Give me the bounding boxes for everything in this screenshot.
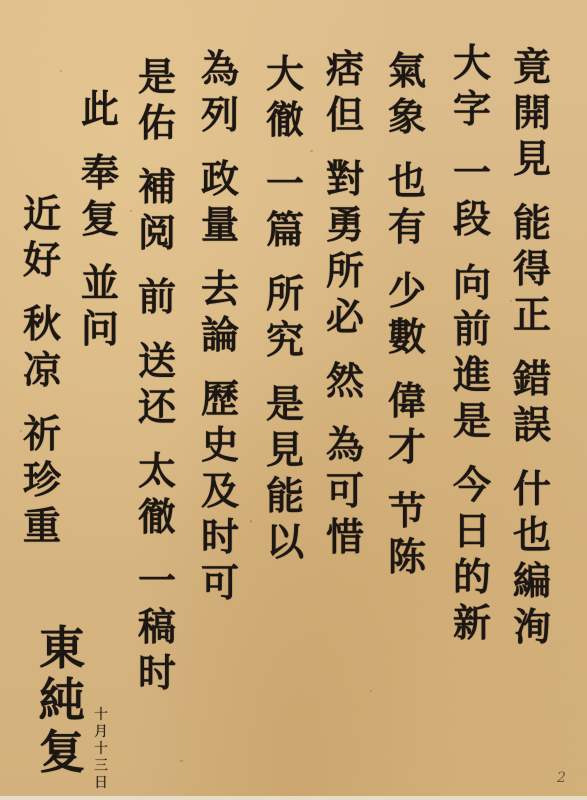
calligraphy-character: 月 — [94, 725, 108, 742]
calligraphy-character: 洵 — [513, 608, 551, 654]
calligraphy-character: 列 — [201, 96, 239, 142]
calligraphy-character: 竟 — [513, 48, 551, 94]
calligraphy-character: 見 — [513, 140, 551, 186]
calligraphy-character: 得 — [513, 250, 551, 296]
calligraphy-character: 所 — [326, 252, 364, 298]
calligraphy-character: 篇 — [266, 211, 304, 257]
text-column-5: 大徹一篇所究是見能以 — [263, 55, 307, 569]
calligraphy-character: 及 — [201, 472, 239, 518]
calligraphy-character: 一 — [266, 165, 304, 211]
calligraphy-character: 論 — [201, 316, 239, 362]
calligraphy-character: 的 — [453, 558, 491, 604]
calligraphy-character: 氣 — [388, 52, 426, 98]
calligraphy-character: 是 — [453, 402, 491, 448]
calligraphy-character: 然 — [326, 362, 364, 408]
calligraphy-character: 編 — [513, 562, 551, 608]
text-column-8: 此奉复並问 — [78, 90, 122, 356]
calligraphy-character: 十 — [94, 742, 108, 759]
text-column-2: 大字一段向前進是今日的新 — [450, 44, 494, 650]
calligraphy-character: 前 — [453, 310, 491, 356]
calligraphy-character: 對 — [326, 160, 364, 206]
calligraphy-character: 痞 — [326, 50, 364, 96]
calligraphy-character: 所 — [266, 275, 304, 321]
calligraphy-character: 珍 — [23, 461, 61, 507]
calligraphy-character: 今 — [453, 466, 491, 512]
paper-speckle — [60, 70, 62, 72]
calligraphy-character: 徹 — [266, 101, 304, 147]
paper-speckle — [370, 690, 372, 692]
calligraphy-character: 近 — [23, 195, 61, 241]
calligraphy-character: 阅 — [138, 214, 176, 260]
calligraphy-character: 可 — [326, 472, 364, 518]
text-column-4: 痞但對勇所必然為可惜 — [323, 50, 367, 564]
calligraphy-character: 复 — [39, 729, 85, 781]
calligraphy-character: 问 — [81, 310, 119, 356]
calligraphy-character: 究 — [266, 321, 304, 367]
calligraphy-character: 政 — [201, 160, 239, 206]
calligraphy-character: 好 — [23, 241, 61, 287]
calligraphy-character: 此 — [81, 90, 119, 136]
calligraphy-character: 純 — [39, 677, 85, 729]
calligraphy-character: 必 — [326, 298, 364, 344]
paper-speckle — [250, 520, 252, 523]
calligraphy-character: 稿 — [138, 608, 176, 654]
calligraphy-character: 徹 — [138, 498, 176, 544]
paper-speckle — [130, 210, 132, 212]
calligraphy-character: 还 — [138, 388, 176, 434]
calligraphy-character: 向 — [453, 264, 491, 310]
letter-page: 竟開見能得正錯誤什也編洵 大字一段向前進是今日的新 氣象也有少數偉才节陈 痞但對… — [0, 0, 587, 800]
calligraphy-character: 史 — [201, 426, 239, 472]
calligraphy-character: 字 — [453, 90, 491, 136]
calligraphy-character: 什 — [513, 470, 551, 516]
calligraphy-character: 歷 — [201, 380, 239, 426]
calligraphy-character: 一 — [453, 154, 491, 200]
calligraphy-character: 為 — [201, 50, 239, 96]
calligraphy-character: 秋 — [23, 305, 61, 351]
text-column-9: 近好秋凉祈珍重 — [20, 195, 64, 553]
calligraphy-character: 重 — [23, 507, 61, 553]
date-annotation: 十月十三日 — [92, 708, 110, 793]
signature: 東純复 — [36, 625, 88, 781]
calligraphy-character: 时 — [201, 518, 239, 564]
calligraphy-character: 大 — [266, 55, 304, 101]
calligraphy-character: 日 — [94, 776, 108, 793]
text-column-7: 是佑補阅前送还太徹一稿时 — [135, 58, 179, 700]
paper-speckle — [180, 760, 183, 762]
calligraphy-character: 三 — [94, 759, 108, 776]
calligraphy-character: 佑 — [138, 104, 176, 150]
text-column-6: 為列政量去論歷史及时可 — [198, 50, 242, 610]
calligraphy-character: 太 — [138, 452, 176, 498]
calligraphy-character: 勇 — [326, 206, 364, 252]
calligraphy-character: 有 — [388, 208, 426, 254]
calligraphy-character: 时 — [138, 654, 176, 700]
calligraphy-character: 前 — [138, 278, 176, 324]
page-number: 2 — [557, 770, 566, 786]
calligraphy-character: 數 — [388, 318, 426, 364]
calligraphy-character: 東 — [39, 625, 85, 677]
calligraphy-character: 錯 — [513, 360, 551, 406]
calligraphy-character: 偉 — [388, 382, 426, 428]
calligraphy-character: 可 — [201, 564, 239, 610]
calligraphy-character: 進 — [453, 356, 491, 402]
calligraphy-character: 但 — [326, 96, 364, 142]
calligraphy-character: 也 — [388, 162, 426, 208]
calligraphy-character: 是 — [138, 58, 176, 104]
calligraphy-character: 一 — [138, 562, 176, 608]
calligraphy-character: 日 — [453, 512, 491, 558]
calligraphy-character: 送 — [138, 342, 176, 388]
paper-bottom-edge — [0, 796, 587, 800]
calligraphy-character: 開 — [513, 94, 551, 140]
calligraphy-character: 新 — [453, 604, 491, 650]
calligraphy-character: 复 — [81, 200, 119, 246]
calligraphy-character: 見 — [266, 431, 304, 477]
calligraphy-character: 十 — [94, 708, 108, 725]
calligraphy-character: 正 — [513, 296, 551, 342]
calligraphy-character: 大 — [453, 44, 491, 90]
calligraphy-character: 補 — [138, 168, 176, 214]
calligraphy-character: 能 — [266, 477, 304, 523]
text-column-3: 氣象也有少數偉才节陈 — [385, 52, 429, 584]
calligraphy-character: 才 — [388, 428, 426, 474]
calligraphy-character: 並 — [81, 264, 119, 310]
calligraphy-character: 惜 — [326, 518, 364, 564]
calligraphy-character: 能 — [513, 204, 551, 250]
calligraphy-character: 象 — [388, 98, 426, 144]
calligraphy-character: 少 — [388, 272, 426, 318]
calligraphy-character: 祈 — [23, 415, 61, 461]
calligraphy-character: 陈 — [388, 538, 426, 584]
calligraphy-character: 也 — [513, 516, 551, 562]
calligraphy-character: 凉 — [23, 351, 61, 397]
text-column-1: 竟開見能得正錯誤什也編洵 — [510, 48, 554, 654]
calligraphy-character: 是 — [266, 385, 304, 431]
calligraphy-character: 以 — [266, 523, 304, 569]
calligraphy-character: 量 — [201, 206, 239, 252]
calligraphy-character: 段 — [453, 200, 491, 246]
paper-speckle — [310, 150, 313, 152]
calligraphy-character: 节 — [388, 492, 426, 538]
calligraphy-character: 為 — [326, 426, 364, 472]
calligraphy-character: 奉 — [81, 154, 119, 200]
calligraphy-character: 誤 — [513, 406, 551, 452]
calligraphy-character: 去 — [201, 270, 239, 316]
